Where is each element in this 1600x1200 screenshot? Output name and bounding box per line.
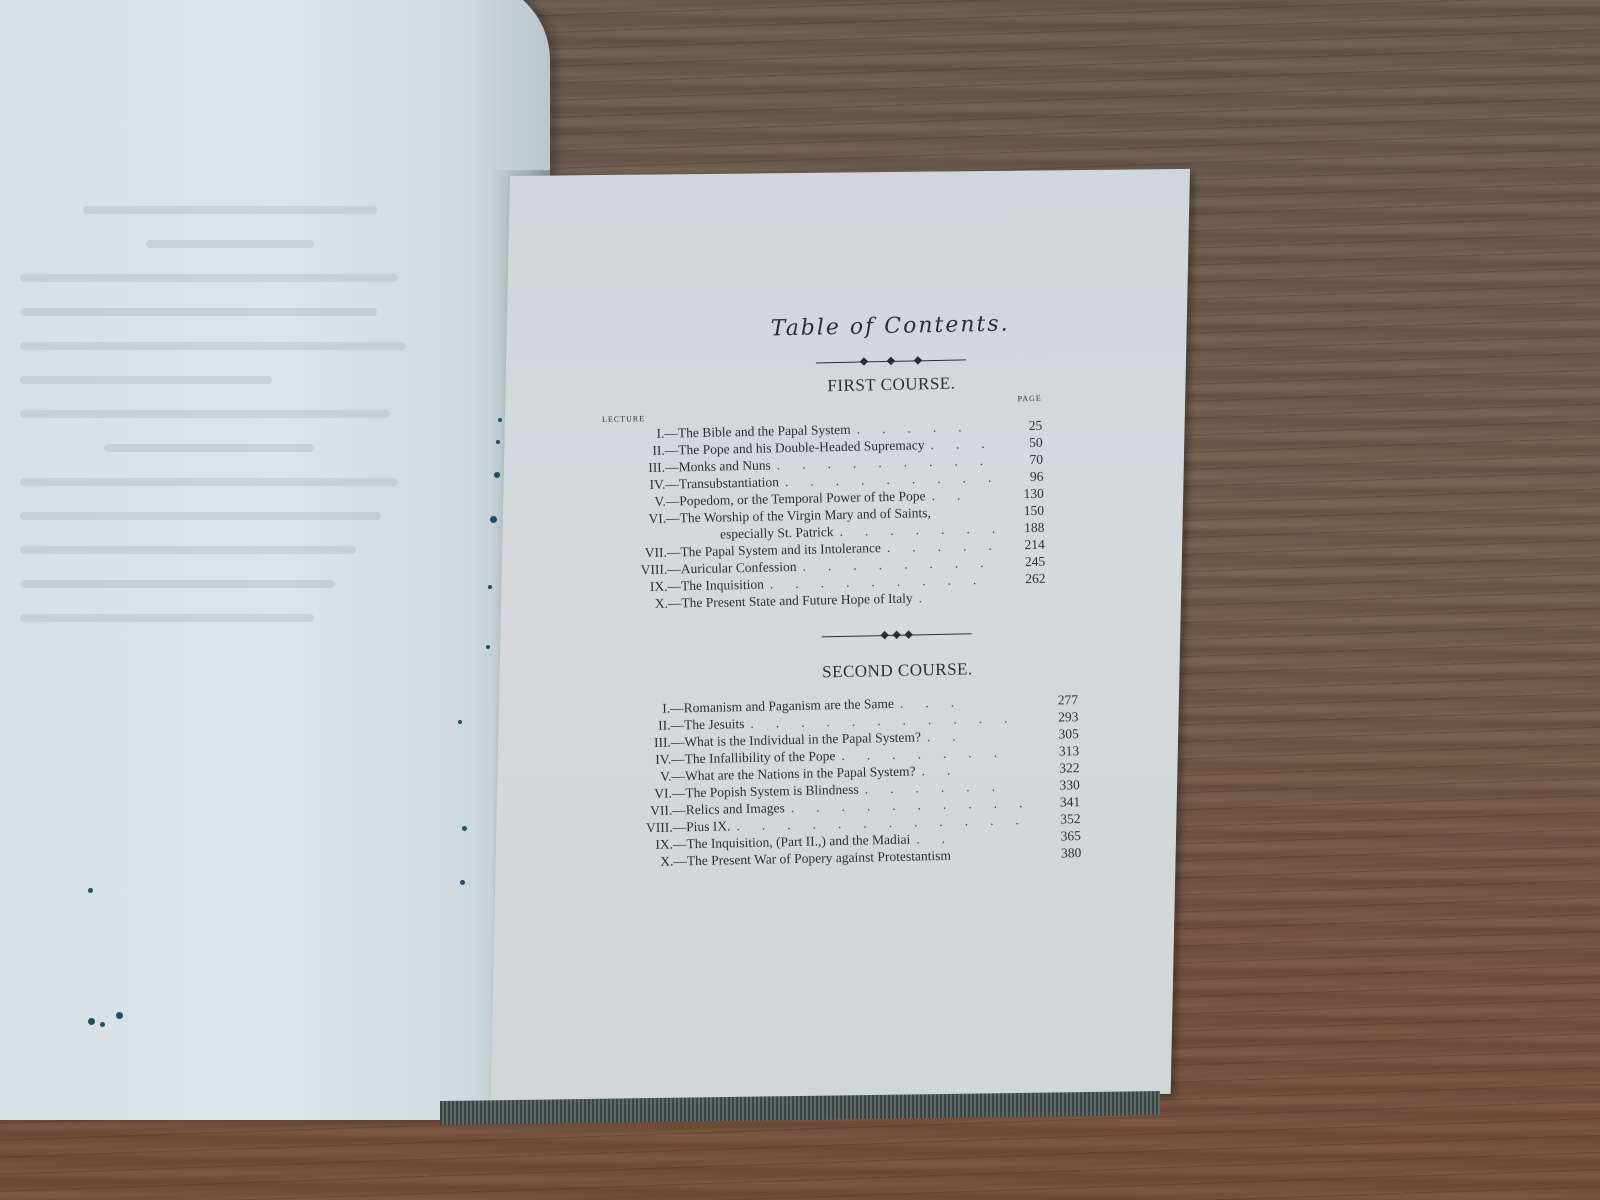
ink-spot — [498, 418, 502, 422]
ink-spot — [462, 826, 467, 831]
ink-spot — [494, 472, 500, 478]
ornament-divider — [822, 629, 972, 640]
ink-spot — [88, 888, 93, 893]
first-course-list: I.—The Bible and the Papal System.....25… — [602, 417, 1046, 613]
first-course-title: FIRST COURSE. — [661, 370, 1121, 400]
bleed-through-text — [20, 180, 440, 648]
lecture-label: LECTURE — [602, 414, 645, 424]
ink-spot — [490, 516, 497, 523]
table-of-contents: Table of Contents. FIRST COURSE. LECTURE… — [600, 309, 1131, 871]
ink-spot — [458, 720, 462, 724]
ink-spot — [460, 880, 465, 885]
second-course-title: SECOND COURSE. — [667, 656, 1127, 686]
page-label: PAGE — [1017, 394, 1042, 416]
ink-spot — [88, 1018, 95, 1025]
ink-spot — [496, 440, 500, 444]
ink-spot — [488, 585, 492, 589]
ornament-divider — [816, 355, 966, 366]
ink-spot — [116, 1012, 123, 1019]
ink-spot — [100, 1022, 105, 1027]
ink-spot — [486, 645, 490, 649]
second-course-list: I.—Romanism and Paganism are the Same...… — [608, 691, 1081, 871]
left-page — [0, 0, 550, 1120]
